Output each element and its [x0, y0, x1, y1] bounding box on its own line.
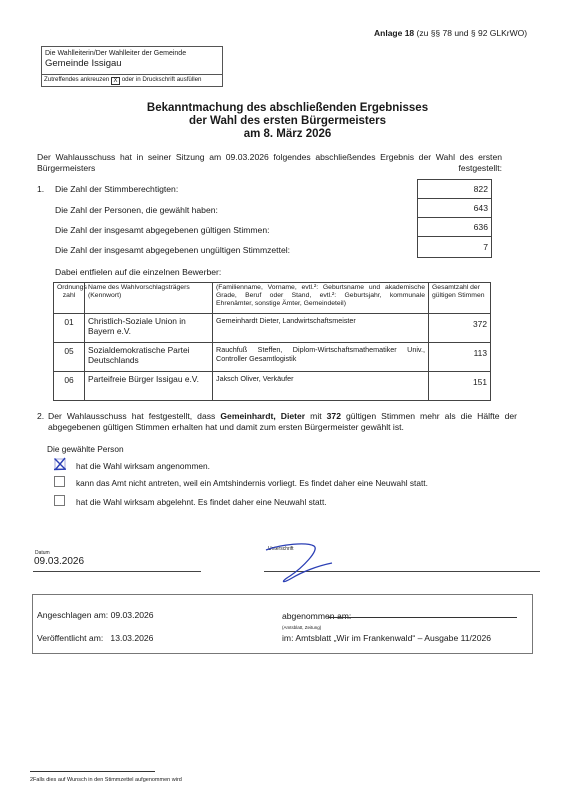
annex-law-reference: (zu §§ 78 und § 92 GLKrWO)	[417, 28, 528, 38]
invalid-ballots-value: 7	[417, 236, 492, 258]
elected-person-label: Die gewählte Person	[47, 444, 124, 454]
title-line-3: am 8. März 2026	[0, 128, 575, 141]
header-order-number: Ordnungs zahl	[54, 283, 85, 314]
row-number: 05	[54, 343, 85, 372]
removed-date-line[interactable]	[328, 617, 517, 618]
section-2-number: 2.	[37, 411, 44, 422]
row-number: 01	[54, 314, 85, 343]
row-candidate: Gemeinhardt Dieter, Landwirtschaftsmeist…	[213, 314, 429, 343]
checkbox-declined[interactable]	[54, 495, 65, 506]
posted-label: Angeschlagen am:	[37, 610, 108, 620]
checkbox-sample-icon: X	[111, 77, 120, 85]
table-header-row: Ordnungs zahl Name des Wahlvorschlagsträ…	[54, 283, 491, 314]
section-1-number: 1.	[37, 184, 44, 194]
annex-label: Anlage 18	[374, 28, 414, 38]
section-2-text-mid: mit	[310, 411, 321, 421]
signature-scribble-icon	[262, 540, 352, 585]
winner-name: Gemeinhardt, Dieter	[220, 411, 305, 421]
authority-name: Gemeinde Issigau	[45, 58, 219, 70]
published-value: 13.03.2026	[110, 633, 153, 643]
row-party: Christlich-Soziale Union in Bayern e.V.	[85, 314, 213, 343]
eligible-voters-value: 822	[417, 179, 492, 199]
checkbox-impediment[interactable]	[54, 476, 65, 487]
table-row: 01 Christlich-Soziale Union in Bayern e.…	[54, 314, 491, 343]
published-label: Veröffentlicht am:	[37, 633, 103, 643]
header-votes: Gesamtzahl der gültigen Stimmen	[429, 283, 491, 314]
document-title: Bekanntmachung des abschließenden Ergebn…	[0, 102, 575, 141]
candidates-table: Ordnungs zahl Name des Wahlvorschlagsträ…	[53, 282, 491, 401]
fill-instruction: Zutreffendes ankreuzen X oder in Drucksc…	[42, 75, 222, 86]
section-2-paragraph: 2. Der Wahlausschuss hat festgestellt, d…	[37, 411, 517, 432]
row-party: Parteifreie Bürger Issigau e.V.	[85, 372, 213, 401]
header-candidate: (Familienname, Vorname, evtl.²: Geburtsn…	[213, 283, 429, 314]
publication-box	[32, 594, 533, 654]
footnote-divider	[30, 771, 155, 772]
row-votes: 372	[429, 314, 491, 343]
posted-value: 09.03.2026	[111, 610, 154, 620]
title-line-1: Bekanntmachung des abschließenden Ergebn…	[0, 102, 575, 115]
medium-value: im: Amtsblatt „Wir im Frankenwald“ – Aus…	[282, 633, 491, 643]
table-row: 06 Parteifreie Bürger Issigau e.V. Jaksc…	[54, 372, 491, 401]
removed-label: abgenommen am:	[282, 611, 351, 621]
section-2-text-before: Der Wahlausschuss hat festgestellt, dass	[48, 411, 215, 421]
row-candidate: Rauchfuß Steffen, Diplom-Wirtschaftsmath…	[213, 343, 429, 372]
annex-reference: Anlage 18 (zu §§ 78 und § 92 GLKrWO)	[374, 28, 527, 38]
invalid-ballots-label: Die Zahl der insgesamt abgegebenen ungül…	[55, 245, 290, 255]
row-votes: 113	[429, 343, 491, 372]
valid-votes-value: 636	[417, 217, 492, 237]
option-declined-label: hat die Wahl wirksam abgelehnt. Es finde…	[76, 497, 327, 507]
checkbox-accepted[interactable]	[54, 458, 65, 469]
voters-value: 643	[417, 198, 492, 218]
title-line-2: der Wahl des ersten Bürgermeisters	[0, 115, 575, 128]
date-value: 09.03.2026	[34, 556, 84, 567]
footnote: 2Falls dies auf Wunsch in den Stimmzette…	[30, 777, 182, 783]
header-party: Name des Wahlvorschlagsträgers (Kennwort…	[85, 283, 213, 314]
hint-text-before: Zutreffendes ankreuzen	[44, 76, 109, 83]
published-field: Veröffentlicht am: 13.03.2026	[37, 633, 153, 643]
row-number: 06	[54, 372, 85, 401]
authority-label: Die Wahlleiterin/Der Wahlleiter der Geme…	[45, 49, 219, 58]
checkmark-x-icon	[53, 457, 67, 471]
option-accepted-label: hat die Wahl wirksam angenommen.	[76, 461, 210, 471]
row-party: Sozialdemokratische Partei Deutschlands	[85, 343, 213, 372]
medium-hint: (Amtsblatt, Zeitung)	[282, 625, 321, 630]
candidates-intro: Dabei entfielen auf die einzelnen Bewerb…	[55, 267, 221, 277]
voters-label: Die Zahl der Personen, die gewählt haben…	[55, 205, 218, 215]
option-impediment-label: kann das Amt nicht antreten, weil ein Am…	[76, 478, 428, 488]
row-votes: 151	[429, 372, 491, 401]
posted-field: Angeschlagen am: 09.03.2026	[37, 610, 154, 620]
hint-text-after: oder in Druckschrift ausfüllen	[122, 76, 202, 83]
authority-box: Die Wahlleiterin/Der Wahlleiter der Geme…	[41, 46, 223, 87]
table-row: 05 Sozialdemokratische Partei Deutschlan…	[54, 343, 491, 372]
date-line	[33, 571, 201, 572]
winner-votes: 372	[327, 411, 341, 421]
eligible-voters-label: Die Zahl der Stimmberechtigten:	[55, 184, 178, 194]
valid-votes-label: Die Zahl der insgesamt abgegebenen gülti…	[55, 225, 270, 235]
row-candidate: Jaksch Oliver, Verkäufer	[213, 372, 429, 401]
